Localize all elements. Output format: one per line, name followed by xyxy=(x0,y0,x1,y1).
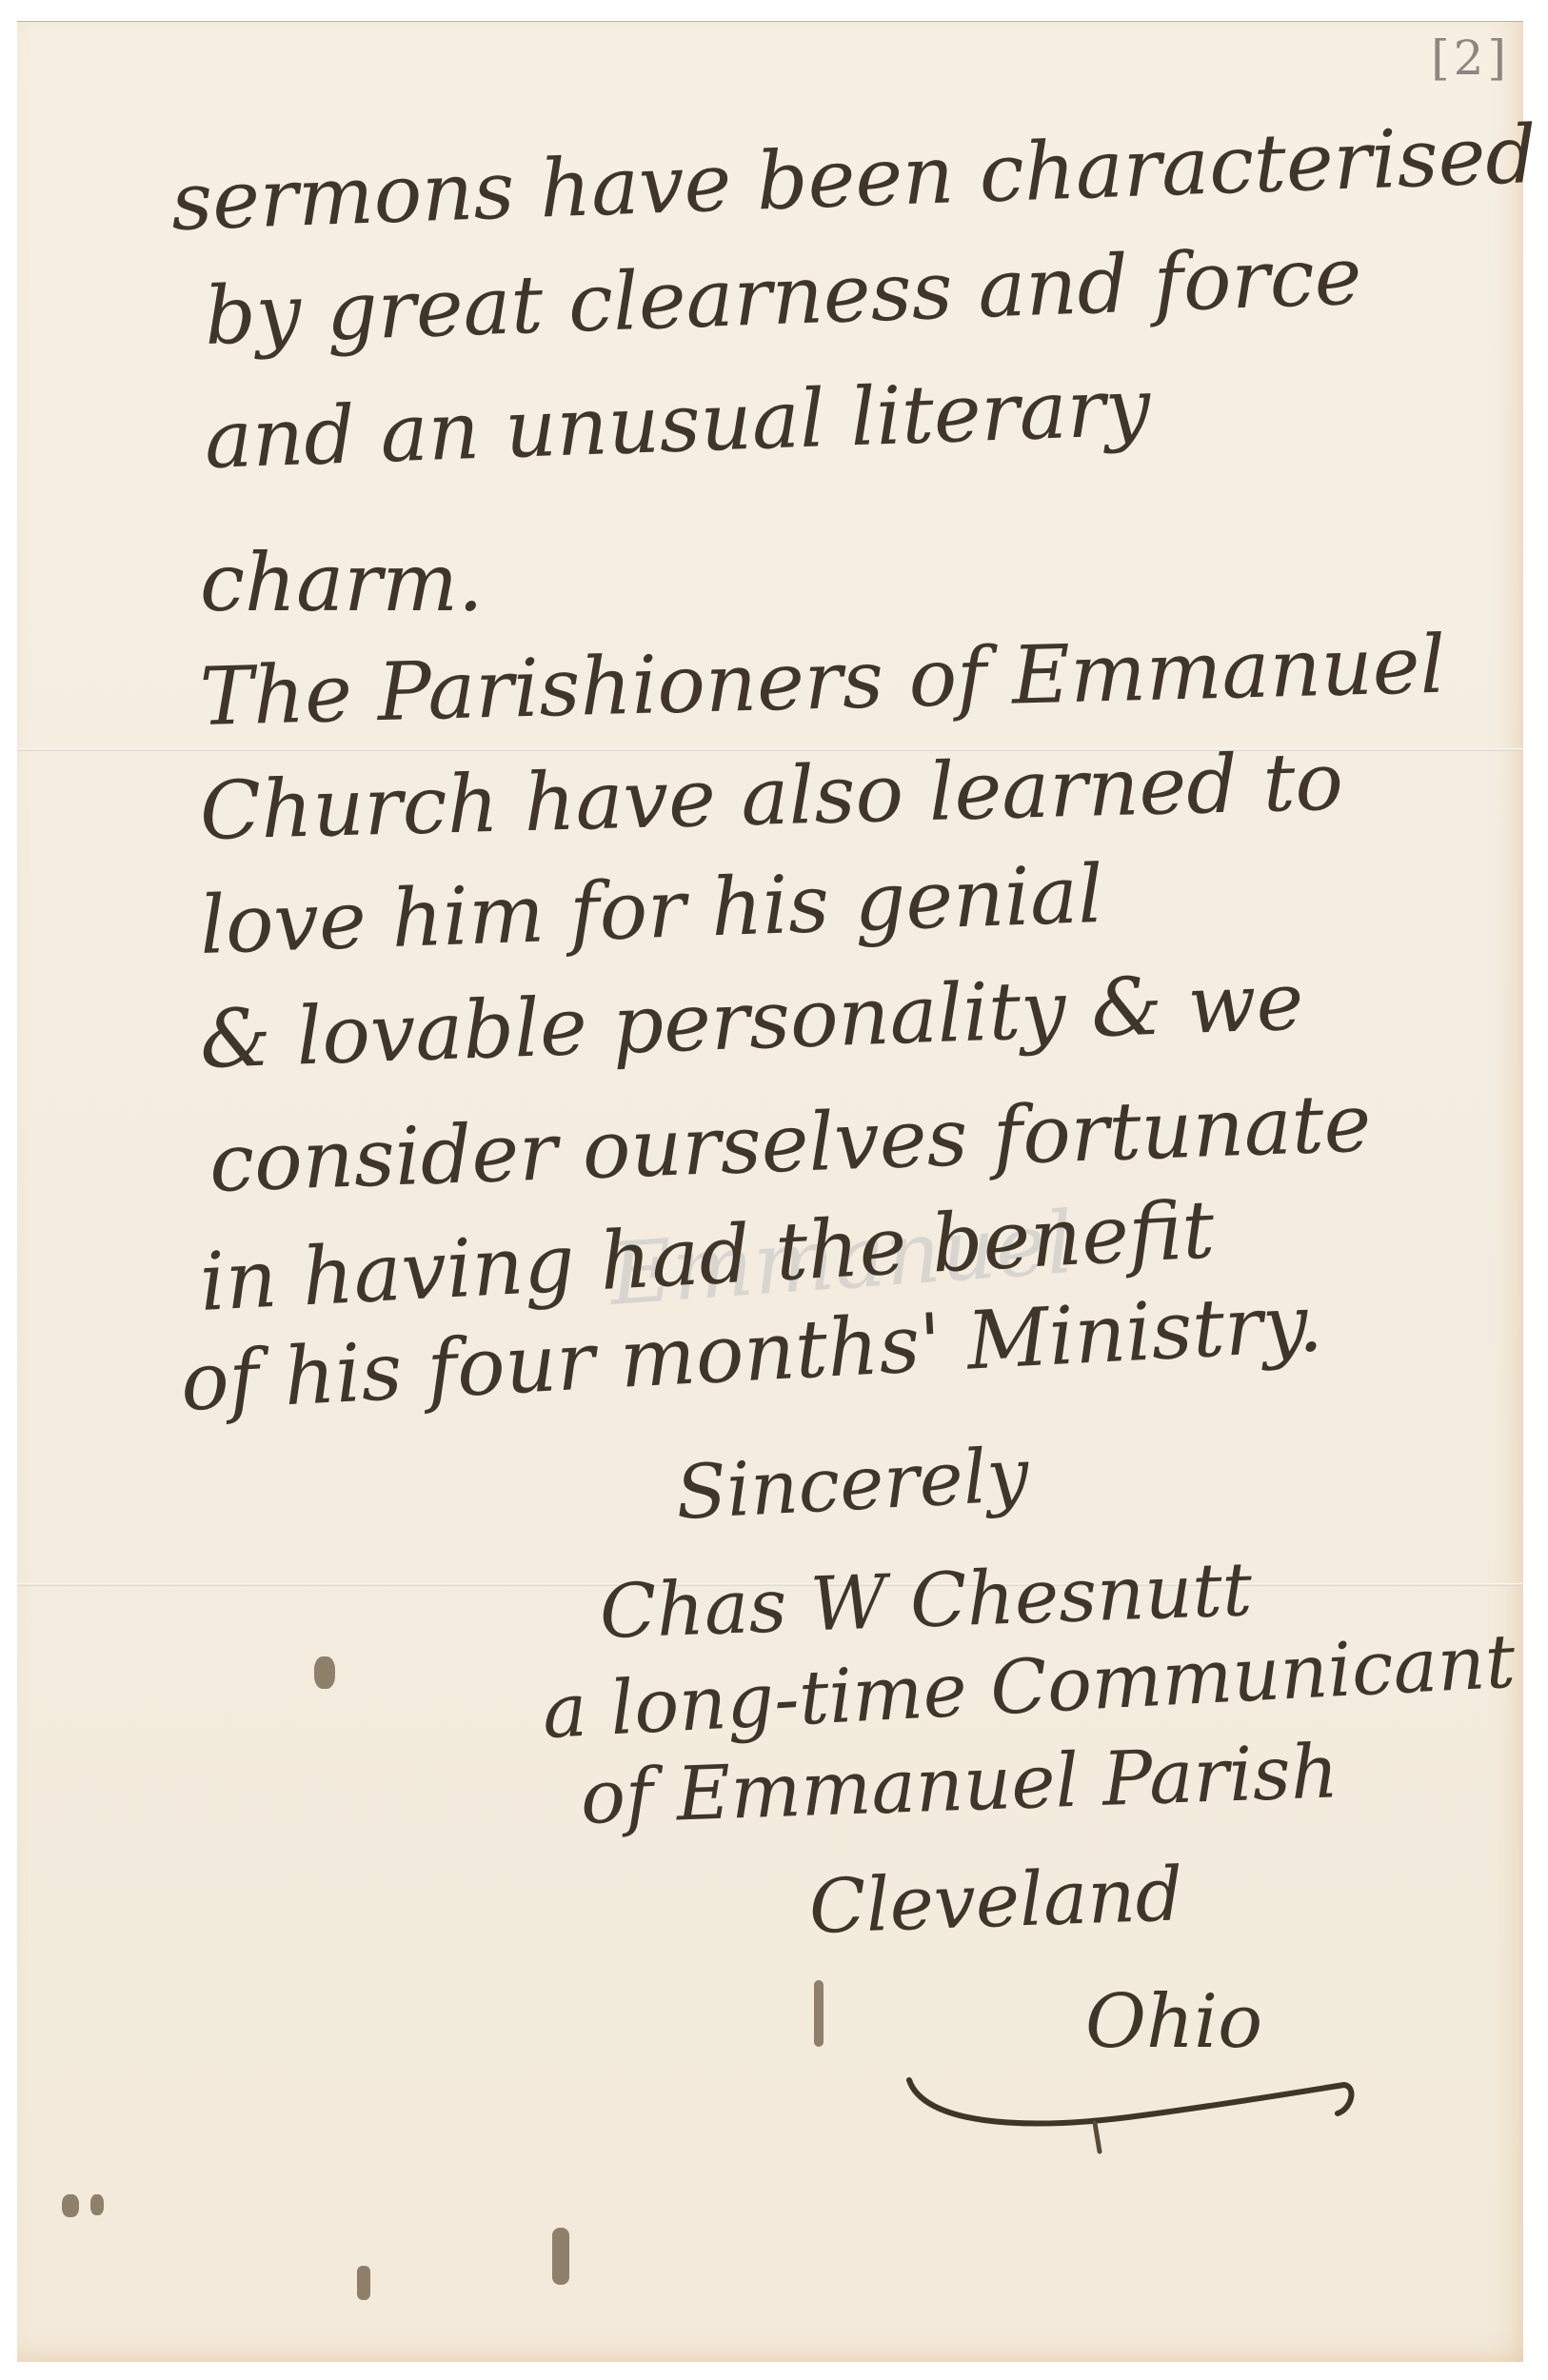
letter-line-4: charm. xyxy=(200,543,484,623)
ink-blot xyxy=(357,2266,370,2300)
ink-blot xyxy=(90,2194,104,2215)
signature-detail-city: Cleveland xyxy=(808,1857,1184,1945)
ink-blot xyxy=(552,2228,569,2285)
ink-blot xyxy=(314,1656,335,1689)
ink-blot xyxy=(62,2194,79,2217)
closing-salutation: Sincerely xyxy=(674,1438,1030,1531)
signature-flourish-icon xyxy=(904,2047,1361,2161)
signature-name: Chas W Chesnutt xyxy=(599,1553,1254,1650)
ink-blot xyxy=(814,1980,824,2047)
page-number: [2] xyxy=(1431,30,1510,86)
